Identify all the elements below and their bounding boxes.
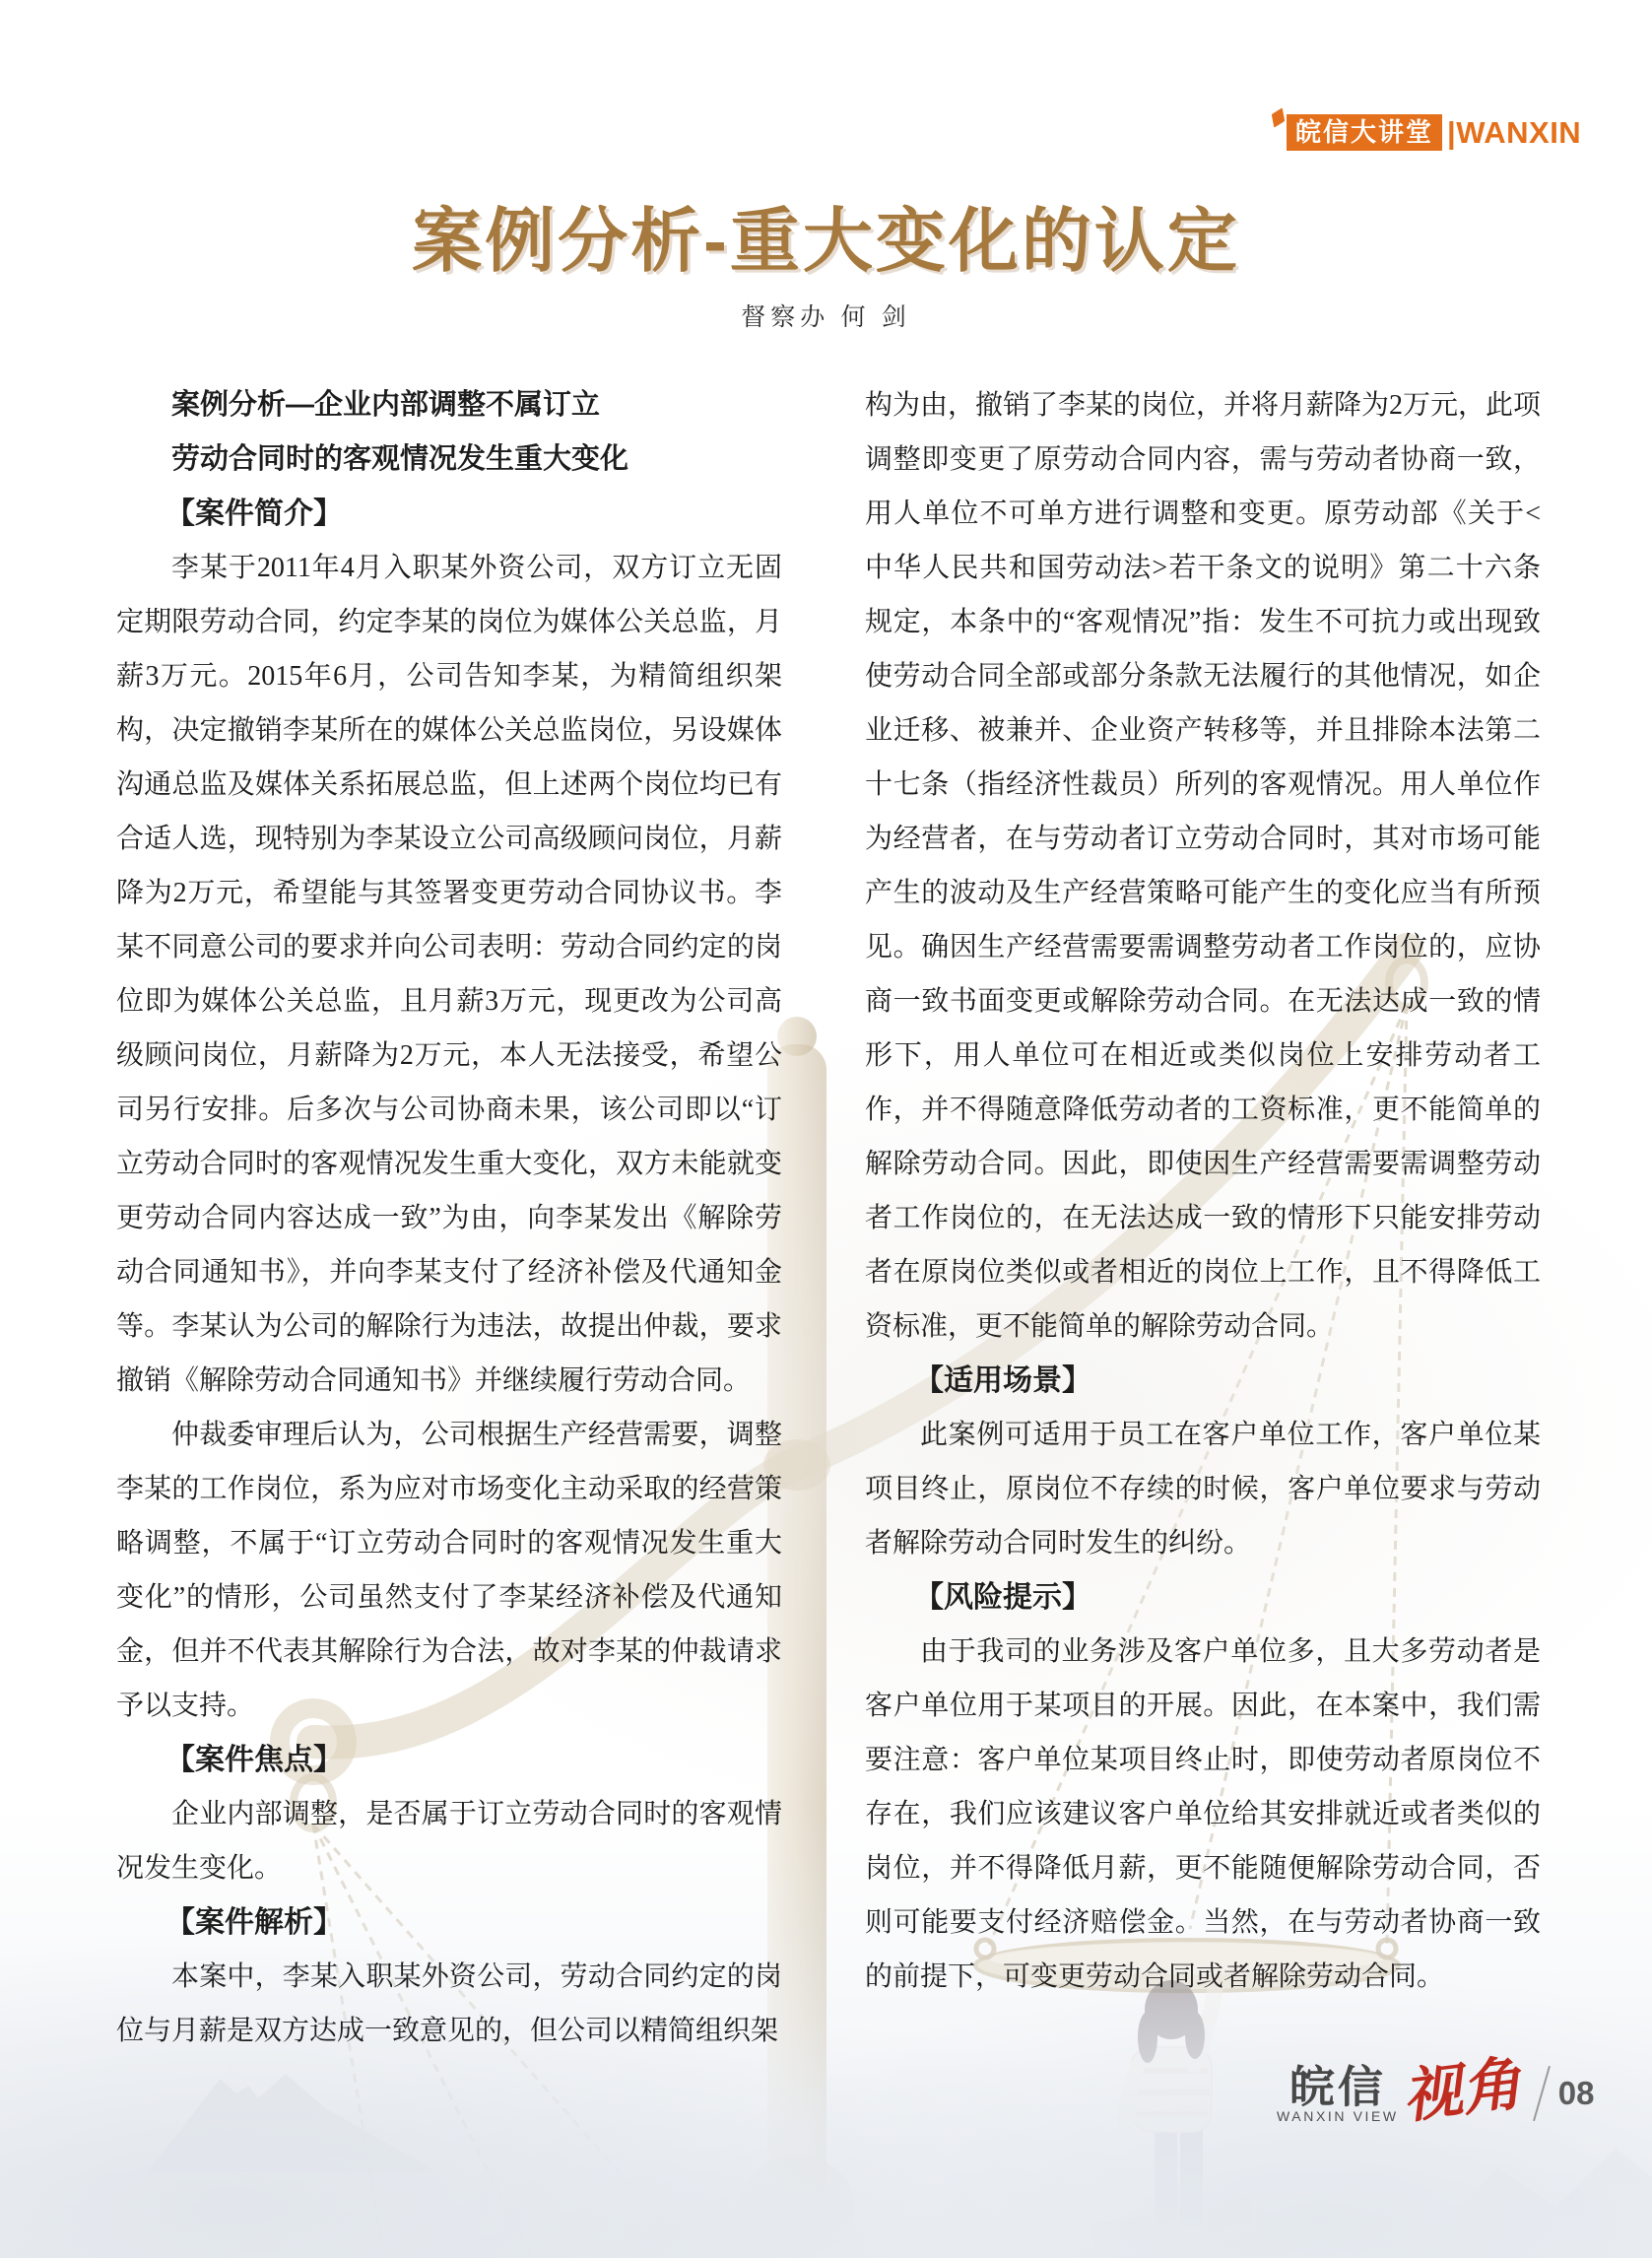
paragraph: 由于我司的业务涉及客户单位多，且大多劳动者是客户单位用于某项目的开展。因此，在本… xyxy=(865,1625,1541,2004)
section-header: 【案件简介】 xyxy=(116,487,782,541)
page-title: 案例分析-重大变化的认定 xyxy=(0,185,1652,286)
logo-wordmark: 皖信 WANXIN VIEW xyxy=(1277,2063,1399,2124)
page-number: 08 xyxy=(1558,2075,1595,2112)
paragraph: 仲裁委审理后认为，公司根据生产经营需要，调整李某的工作岗位，系为应对市场变化主动… xyxy=(116,1408,782,1733)
article-column-left: 案例分析—企业内部调整不属订立劳动合同时的客观情况发生重大变化【案件简介】李某于… xyxy=(116,378,782,2058)
paragraph: 此案例可适用于员工在客户单位工作，客户单位某项目终止，原岗位不存续的时候，客户单… xyxy=(865,1408,1541,1570)
logo-cn-text: 皖信 xyxy=(1289,2064,1386,2109)
paragraph: 企业内部调整，是否属于订立劳动合同时的客观情况发生变化。 xyxy=(116,1787,782,1895)
page-content: 皖信大讲堂 |WANXIN 案例分析-重大变化的认定 督察办 何 剑 案例分析—… xyxy=(0,0,1652,2258)
section-header: 【风险提示】 xyxy=(865,1570,1541,1625)
corner-badge: 皖信大讲堂 |WANXIN xyxy=(1273,114,1581,158)
paragraph: 本案中，李某入职某外资公司，劳动合同约定的岗位与月薪是双方达成一致意见的，但公司… xyxy=(116,1950,782,2058)
magazine-page: { "page": { "badge": { "label": "皖信大讲堂",… xyxy=(0,0,1652,2258)
paragraph-continued: 构为由，撤销了李某的岗位，并将月薪降为2万元，此项调整即变更了原劳动合同内容，需… xyxy=(865,378,1541,1354)
badge-brand: |WANXIN xyxy=(1447,114,1581,151)
flag-icon xyxy=(1272,107,1285,127)
logo-script-text: 视角 xyxy=(1400,2054,1524,2127)
badge-label: 皖信大讲堂 xyxy=(1287,114,1442,151)
article-subtitle: 案例分析—企业内部调整不属订立 xyxy=(116,378,782,432)
article-column-right: 构为由，撤销了李某的岗位，并将月薪降为2万元，此项调整即变更了原劳动合同内容，需… xyxy=(865,378,1541,2004)
footer-logo: 皖信 WANXIN VIEW 视角 08 xyxy=(1277,2063,1594,2124)
byline: 督察办 何 剑 xyxy=(0,298,1652,333)
article-subtitle: 劳动合同时的客观情况发生重大变化 xyxy=(116,432,782,487)
section-header: 【适用场景】 xyxy=(865,1354,1541,1408)
section-header: 【案件焦点】 xyxy=(116,1733,782,1787)
logo-divider xyxy=(1533,2066,1551,2121)
paragraph: 李某于2011年4月入职某外资公司，双方订立无固定期限劳动合同，约定李某的岗位为… xyxy=(116,541,782,1408)
section-header: 【案件解析】 xyxy=(116,1895,782,1950)
